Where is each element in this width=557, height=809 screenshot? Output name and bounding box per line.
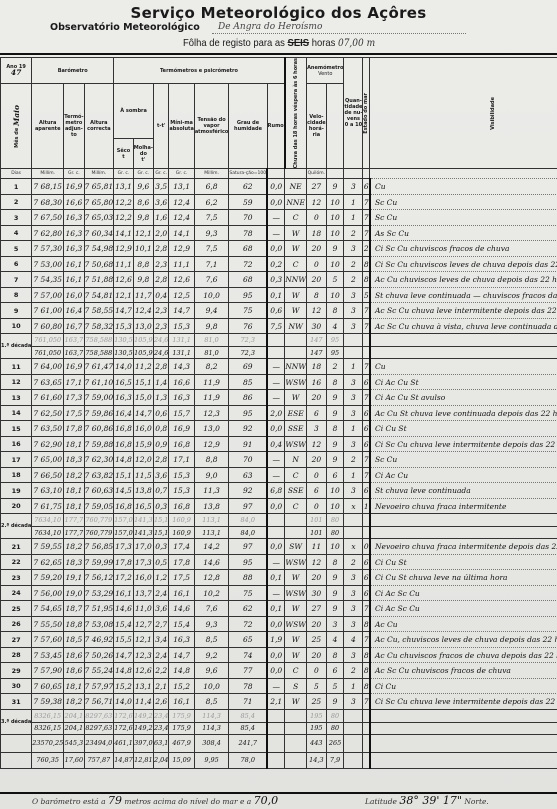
cell-vis: 7	[363, 452, 370, 468]
cell-term: 18,8	[64, 616, 84, 632]
unit-label	[363, 169, 370, 179]
cell-min: 16,8	[169, 498, 194, 514]
cell-diff: 2,4	[153, 585, 168, 601]
cell-molh: 13,1	[133, 678, 153, 694]
cell-alt_ap: 7 62,65	[32, 554, 64, 570]
table-row: 87 57,0016,07 54,8112,111,70,412,510,095…	[1, 287, 557, 303]
cell-tens: 8,5	[194, 694, 229, 710]
cell-nuv: 8	[326, 374, 344, 390]
visibility-header: Visibilidade	[370, 58, 557, 169]
cell-molh: 12,3	[133, 647, 153, 663]
year-header: Ano 19 47	[1, 58, 32, 84]
cell-hum: 68	[229, 272, 267, 288]
cell-vel: 25	[307, 694, 327, 710]
cell-min: 12,6	[169, 272, 194, 288]
page-title: Serviço Meteorológico dos Açôres	[0, 4, 557, 22]
cell-tens: 11,3	[194, 483, 229, 499]
cell-alt_ap: 7 59,38	[32, 694, 64, 710]
cell-mar: 3	[344, 241, 363, 257]
cell-nuv: 10	[326, 194, 344, 210]
cell-seco: 16,1	[114, 585, 134, 601]
cell-vis: 0	[363, 539, 370, 555]
cell-hum: 65	[229, 632, 267, 648]
month-sum-vel: 443	[307, 734, 327, 752]
cell-vis: 6	[363, 405, 370, 421]
day-number: 7	[1, 272, 32, 288]
decade-cell-tens: 81,0	[194, 347, 229, 359]
cell-alt_ap: 7 54,35	[32, 272, 64, 288]
table-row: 307 60,6518,17 57,9715,213,12,115,210,07…	[1, 678, 557, 694]
cell-min: 17,8	[169, 554, 194, 570]
cell-seco: 14,0	[114, 694, 134, 710]
day-number: 23	[1, 570, 32, 586]
cell-diff: 1,2	[153, 570, 168, 586]
unit-label: Millím.	[84, 169, 114, 179]
month-sum-nuv: 265	[326, 734, 344, 752]
cell-seco: 17,3	[114, 539, 134, 555]
cell-term: 18,2	[64, 467, 84, 483]
month-sum-min: 467,9	[169, 734, 194, 752]
cell-nuv: 9	[326, 570, 344, 586]
cell-molh: 13,7	[133, 585, 153, 601]
day-number: 16	[1, 436, 32, 452]
cell-hum: 62	[229, 601, 267, 617]
cell-tens: 14,2	[194, 539, 229, 555]
decade-remarks	[370, 514, 557, 527]
cell-mar: 3	[344, 585, 363, 601]
cell-alt_corr: 7 59,00	[84, 390, 114, 406]
cell-term: 18,2	[64, 539, 84, 555]
cell-diff: 1,4	[153, 374, 168, 390]
decade-cell-rumo	[285, 334, 307, 347]
cell-seco: 17,8	[114, 554, 134, 570]
decade-cell-term: 177,7	[64, 514, 84, 527]
cell-term: 16,4	[64, 303, 84, 319]
table-row: 177 65,0018,37 62,3014,812,02,817,18,870…	[1, 452, 557, 468]
day-number: 5	[1, 241, 32, 257]
cell-min: 12,4	[169, 210, 194, 226]
cell-rumo: N	[285, 452, 307, 468]
cell-term: 16,3	[64, 210, 84, 226]
decade-cell-alt_corr: 760,779	[84, 527, 114, 539]
cell-rumo: SSE	[285, 421, 307, 437]
cell-term: 18,3	[64, 554, 84, 570]
remarks-cell: Ci Ac Cu St	[370, 374, 557, 390]
cell-diff: 0,7	[153, 483, 168, 499]
cell-nuv: 9	[326, 436, 344, 452]
cell-molh: 16,0	[133, 421, 153, 437]
cell-chuva: 6,8	[267, 483, 285, 499]
cell-nuv: 9	[326, 405, 344, 421]
cell-vis: 6	[363, 421, 370, 437]
decade-cell-alt_corr: 758,588	[84, 347, 114, 359]
decade-cell-vis	[363, 514, 370, 527]
day-number: 30	[1, 678, 32, 694]
cell-vel: 20	[307, 272, 327, 288]
clouds-header: Quan-tidade de nu-vens 0 a 10	[344, 58, 363, 169]
cell-hum: 75	[229, 303, 267, 319]
cell-vis: 8	[363, 663, 370, 679]
sheet-hour-word: SEIS	[288, 37, 310, 49]
cell-alt_corr: 7 57,97	[84, 678, 114, 694]
cell-alt_ap: 7 61,75	[32, 498, 64, 514]
cell-vel: 20	[307, 647, 327, 663]
cell-min: 11,1	[169, 256, 194, 272]
cell-chuva: 0,0	[267, 539, 285, 555]
decade-cell-nuv: 95	[326, 334, 344, 347]
day-number: 26	[1, 616, 32, 632]
observatory-underline	[212, 33, 466, 34]
cell-diff: 2,8	[153, 359, 168, 375]
cell-vel: 30	[307, 318, 327, 334]
cell-min: 12,5	[169, 287, 194, 303]
cell-molh: 12,1	[133, 225, 153, 241]
cell-min: 16,3	[169, 390, 194, 406]
cell-rumo: W	[285, 225, 307, 241]
month-sum-diff: 63,1	[153, 734, 168, 752]
cell-mar: 2	[344, 452, 363, 468]
cell-rumo: S	[285, 678, 307, 694]
cell-alt_corr: 7 65,03	[84, 210, 114, 226]
cell-tens: 7,1	[194, 256, 229, 272]
cell-vis: 5	[363, 287, 370, 303]
remarks-cell: Ci Sc Cu chuviscos fracos de chuva	[370, 241, 557, 257]
cell-molh: 8,6	[133, 194, 153, 210]
unit-label: Gr. c.	[169, 169, 194, 179]
remarks-cell: Ci Cu St	[370, 554, 557, 570]
decade-remarks	[370, 709, 557, 722]
cell-vel: 18	[307, 359, 327, 375]
cell-hum: 92	[229, 483, 267, 499]
cell-mar: 3	[344, 374, 363, 390]
decade-cell-alt_corr: 760,779	[84, 514, 114, 527]
cell-alt_ap: 7 62,90	[32, 436, 64, 452]
cell-vis: 8	[363, 678, 370, 694]
cell-term: 18,7	[64, 601, 84, 617]
cell-molh: 13,8	[133, 483, 153, 499]
decade-cell-alt_ap: 761,050	[32, 347, 64, 359]
cell-min: 12,9	[169, 241, 194, 257]
decade-cell-vel: 101	[307, 514, 327, 527]
thermometers-header: Termómetros e psicrómetro	[114, 58, 285, 84]
cell-rumo: W	[285, 303, 307, 319]
decade-cell-tens: 81,0	[194, 334, 229, 347]
month-mean-chuva	[267, 752, 285, 768]
decade-cell-min: 175,9	[169, 709, 194, 722]
month-mean-nuv: 7,9	[326, 752, 344, 768]
decade-cell-vel: 101	[307, 527, 327, 539]
cell-chuva: 0,0	[267, 194, 285, 210]
latitude-note: Latitude 38° 39' 17" Norte.	[365, 794, 489, 807]
cell-vis: 6	[363, 554, 370, 570]
day-number: 28	[1, 647, 32, 663]
cell-vis: 6	[363, 570, 370, 586]
decade-cell-alt_ap: 8326,15	[32, 709, 64, 722]
cell-min: 15,3	[169, 467, 194, 483]
cell-chuva: —	[267, 452, 285, 468]
day-number: 1	[1, 179, 32, 195]
table-row: 77 54,3516,17 51,8812,69,82,812,67,6680,…	[1, 272, 557, 288]
cell-chuva: —	[267, 390, 285, 406]
apparent-height-header: Altura aparente	[32, 84, 64, 169]
cell-vel: 25	[307, 632, 327, 648]
remarks-cell: Ac Cu	[370, 616, 557, 632]
cell-vis: 8	[363, 647, 370, 663]
unit-label: Satura-ção=100	[229, 169, 267, 179]
remarks-cell: Cu	[370, 179, 557, 195]
table-row: 37 67,5016,37 65,0312,29,81,612,47,570—C…	[1, 210, 557, 226]
cell-hum: 59	[229, 194, 267, 210]
cell-mar: 1	[344, 467, 363, 483]
shade-header: À sombra	[114, 84, 154, 139]
cell-diff: 2,4	[153, 647, 168, 663]
decade-cell-vel: 195	[307, 722, 327, 734]
remarks-cell: Ci Sc Cu chuviscos leves de chuva depois…	[370, 256, 557, 272]
sheet-hours-label: horas	[312, 37, 336, 49]
decade-cell-chuva	[267, 347, 285, 359]
cell-mar: x	[344, 539, 363, 555]
month-mean-alt_ap: 760,35	[32, 752, 64, 768]
decade-cell-vis	[363, 709, 370, 722]
cell-molh: 16,5	[133, 498, 153, 514]
cell-alt_ap: 7 60,65	[32, 678, 64, 694]
day-number: 8	[1, 287, 32, 303]
decade-summary-row: 1.ª década761,050163,7758,588130,5105,92…	[1, 334, 557, 347]
month-mean-alt_corr: 757,87	[84, 752, 114, 768]
decade-cell-hum: 72,3	[229, 347, 267, 359]
cell-alt_corr: 7 59,88	[84, 436, 114, 452]
cell-rumo: W	[285, 694, 307, 710]
month-sum-rumo	[285, 734, 307, 752]
cell-mar: 1	[344, 678, 363, 694]
cell-hum: 76	[229, 318, 267, 334]
cell-rumo: WSW	[285, 616, 307, 632]
table-row: 257 54,6518,77 51,9514,611,03,614,67,662…	[1, 601, 557, 617]
cell-rumo: W	[285, 390, 307, 406]
cell-alt_corr: 7 53,29	[84, 585, 114, 601]
cell-diff: 3,6	[153, 194, 168, 210]
cell-nuv: 9	[326, 452, 344, 468]
cell-alt_corr: 7 59,05	[84, 498, 114, 514]
decade-cell-term: 163,7	[64, 347, 84, 359]
cell-nuv: 9	[326, 241, 344, 257]
cell-alt_corr: 7 59,99	[84, 554, 114, 570]
day-number: 22	[1, 554, 32, 570]
cell-vel: 18	[307, 225, 327, 241]
decade-cell-tens: 113,1	[194, 527, 229, 539]
cell-vis: 6	[363, 179, 370, 195]
humidity-header: Grau de humidade	[229, 84, 267, 169]
cell-hum: 88	[229, 570, 267, 586]
decade-cell-tens: 113,1	[194, 514, 229, 527]
remarks-cell: Ci Ac Cu St avulso	[370, 390, 557, 406]
decade-cell-mar	[344, 514, 363, 527]
cell-vis: 7	[363, 194, 370, 210]
cell-mar: 1	[344, 359, 363, 375]
decade-cell-nuv: 80	[326, 514, 344, 527]
cell-vis: 7	[363, 359, 370, 375]
cell-term: 16,6	[64, 194, 84, 210]
cell-nuv: 10	[326, 287, 344, 303]
decade-summary-row: 3.ª década8326,15204,18297,63172,6149,22…	[1, 709, 557, 722]
decade-cell-tens: 114,3	[194, 709, 229, 722]
cell-vel: 12	[307, 436, 327, 452]
cell-diff: 0,6	[153, 405, 168, 421]
cell-term: 16,3	[64, 241, 84, 257]
cell-seco: 16,4	[114, 405, 134, 421]
cell-nuv: 5	[326, 272, 344, 288]
decade-cell-tens: 114,3	[194, 722, 229, 734]
cell-mar: 3	[344, 179, 363, 195]
cell-mar: 3	[344, 570, 363, 586]
cell-alt_corr: 7 54,98	[84, 241, 114, 257]
cell-vel: 20	[307, 452, 327, 468]
attached-thermometer-header: Termó-metro adjun-to	[64, 84, 84, 169]
decade-cell-alt_corr: 758,588	[84, 334, 114, 347]
cell-min: 16,1	[169, 694, 194, 710]
month-mean-rumo	[285, 752, 307, 768]
cell-vis: 8	[363, 272, 370, 288]
remarks-cell: Ci Cu	[370, 678, 557, 694]
cell-vis: 7	[363, 318, 370, 334]
remarks-cell: Ac Sc Cu chuva à vista, chuva leve conti…	[370, 318, 557, 334]
anemometer-header: AnemómetroVento	[307, 58, 344, 84]
cell-diff: 3,4	[153, 632, 168, 648]
unit-label: Gr. c.	[64, 169, 84, 179]
cell-alt_corr: 7 62,30	[84, 452, 114, 468]
cell-diff: 1,6	[153, 210, 168, 226]
decade-cell-seco: 130,5	[114, 334, 134, 347]
cell-molh: 11,2	[133, 359, 153, 375]
remarks-cell: Ci Sc Cu chuva leve intermitente depois …	[370, 694, 557, 710]
decade-summary-row: 761,050163,7758,588130,5105,924,6131,181…	[1, 347, 557, 359]
table-row: 287 53,4518,67 50,2614,712,32,414,79,274…	[1, 647, 557, 663]
cell-rumo: SW	[285, 539, 307, 555]
decade-cell-vis	[363, 722, 370, 734]
decade-cell-mar	[344, 347, 363, 359]
cell-alt_ap: 7 61,00	[32, 303, 64, 319]
cell-chuva: 7,5	[267, 318, 285, 334]
cell-mar: 2	[344, 554, 363, 570]
cell-alt_corr: 7 51,95	[84, 601, 114, 617]
decade-cell-mar	[344, 527, 363, 539]
cell-vis: 7	[363, 694, 370, 710]
month-mean-mar	[344, 752, 363, 768]
cell-term: 16,9	[64, 179, 84, 195]
cell-nuv: 10	[326, 539, 344, 555]
cell-mar: 3	[344, 694, 363, 710]
table-row: 147 62,5017,57 59,8616,414,70,615,712,39…	[1, 405, 557, 421]
cell-alt_corr: 7 56,71	[84, 694, 114, 710]
cell-diff: 0,8	[153, 421, 168, 437]
cell-tens: 10,2	[194, 585, 229, 601]
cell-chuva: 0,0	[267, 498, 285, 514]
cell-mar: 1	[344, 194, 363, 210]
decade-cell-mar	[344, 722, 363, 734]
cell-vel: 20	[307, 570, 327, 586]
remarks-cell: Ac Sc Cu chuva leve intermitente depois …	[370, 303, 557, 319]
decade-cell-molh: 105,9	[133, 334, 153, 347]
cell-mar: 3	[344, 287, 363, 303]
cell-vis: 8	[363, 616, 370, 632]
cell-rumo: C	[285, 498, 307, 514]
remarks-cell: Ci Ac Sc Cu	[370, 585, 557, 601]
table-row: 137 61,6017,37 59,0016,315,01,316,311,98…	[1, 390, 557, 406]
cell-alt_ap: 7 63,10	[32, 483, 64, 499]
cell-rumo: C	[285, 256, 307, 272]
cell-alt_corr: 7 50,26	[84, 647, 114, 663]
cell-molh: 12,0	[133, 452, 153, 468]
day-number: 15	[1, 421, 32, 437]
cell-min: 17,4	[169, 539, 194, 555]
cell-tens: 9,8	[194, 318, 229, 334]
cell-term: 18,2	[64, 694, 84, 710]
cell-alt_corr: 7 60,63	[84, 483, 114, 499]
month-remarks	[370, 734, 557, 752]
cell-seco: 14,8	[114, 663, 134, 679]
cell-tens: 13,0	[194, 421, 229, 437]
month-mean-vis	[363, 752, 370, 768]
decade-cell-rumo	[285, 527, 307, 539]
decade-label: 2.ª década	[1, 514, 32, 539]
remarks-cell: Ci Ac Sc Cu	[370, 601, 557, 617]
cell-diff: 2,3	[153, 318, 168, 334]
cell-chuva: 0,0	[267, 616, 285, 632]
cell-molh: 16,0	[133, 570, 153, 586]
cell-hum: 71	[229, 694, 267, 710]
day-number: 9	[1, 303, 32, 319]
cell-mar: 3	[344, 483, 363, 499]
sea-state-header: Estado do mar	[363, 58, 370, 169]
cell-vis: 7	[363, 632, 370, 648]
cell-molh: 17,3	[133, 554, 153, 570]
cell-vel: 0	[307, 498, 327, 514]
cell-vel: 20	[307, 616, 327, 632]
cell-term: 17,3	[64, 390, 84, 406]
cell-min: 14,3	[169, 359, 194, 375]
month-header: Mês de Maio	[1, 84, 32, 169]
month-sum-term: 545,3	[64, 734, 84, 752]
cell-alt_ap: 7 66,50	[32, 467, 64, 483]
cell-tens: 8,8	[194, 452, 229, 468]
cell-min: 17,5	[169, 570, 194, 586]
cell-chuva: 0,0	[267, 647, 285, 663]
cell-min: 16,1	[169, 585, 194, 601]
cell-alt_corr: 7 65,81	[84, 179, 114, 195]
cell-nuv: 4	[326, 318, 344, 334]
cell-alt_corr: 7 50,68	[84, 256, 114, 272]
cell-chuva: 0,4	[267, 436, 285, 452]
cell-tens: 7,5	[194, 241, 229, 257]
cell-term: 18,1	[64, 498, 84, 514]
cell-tens: 12,3	[194, 405, 229, 421]
table-row: 317 59,3818,27 56,7114,011,42,616,18,571…	[1, 694, 557, 710]
cell-vis: 7	[363, 303, 370, 319]
day-number: 24	[1, 585, 32, 601]
day-number: 17	[1, 452, 32, 468]
cell-vel: 0	[307, 663, 327, 679]
day-number: 4	[1, 225, 32, 241]
decade-cell-mar	[344, 334, 363, 347]
cell-diff: 1,3	[153, 390, 168, 406]
cell-alt_ap: 7 56,00	[32, 585, 64, 601]
table-row: 157 63,5017,87 60,8616,816,00,816,913,09…	[1, 421, 557, 437]
cell-min: 13,1	[169, 179, 194, 195]
decade-cell-alt_corr: 8297,63	[84, 709, 114, 722]
cell-rumo: WSW	[285, 585, 307, 601]
decade-cell-molh: 105,9	[133, 347, 153, 359]
remarks-cell: Ci Cu St	[370, 421, 557, 437]
